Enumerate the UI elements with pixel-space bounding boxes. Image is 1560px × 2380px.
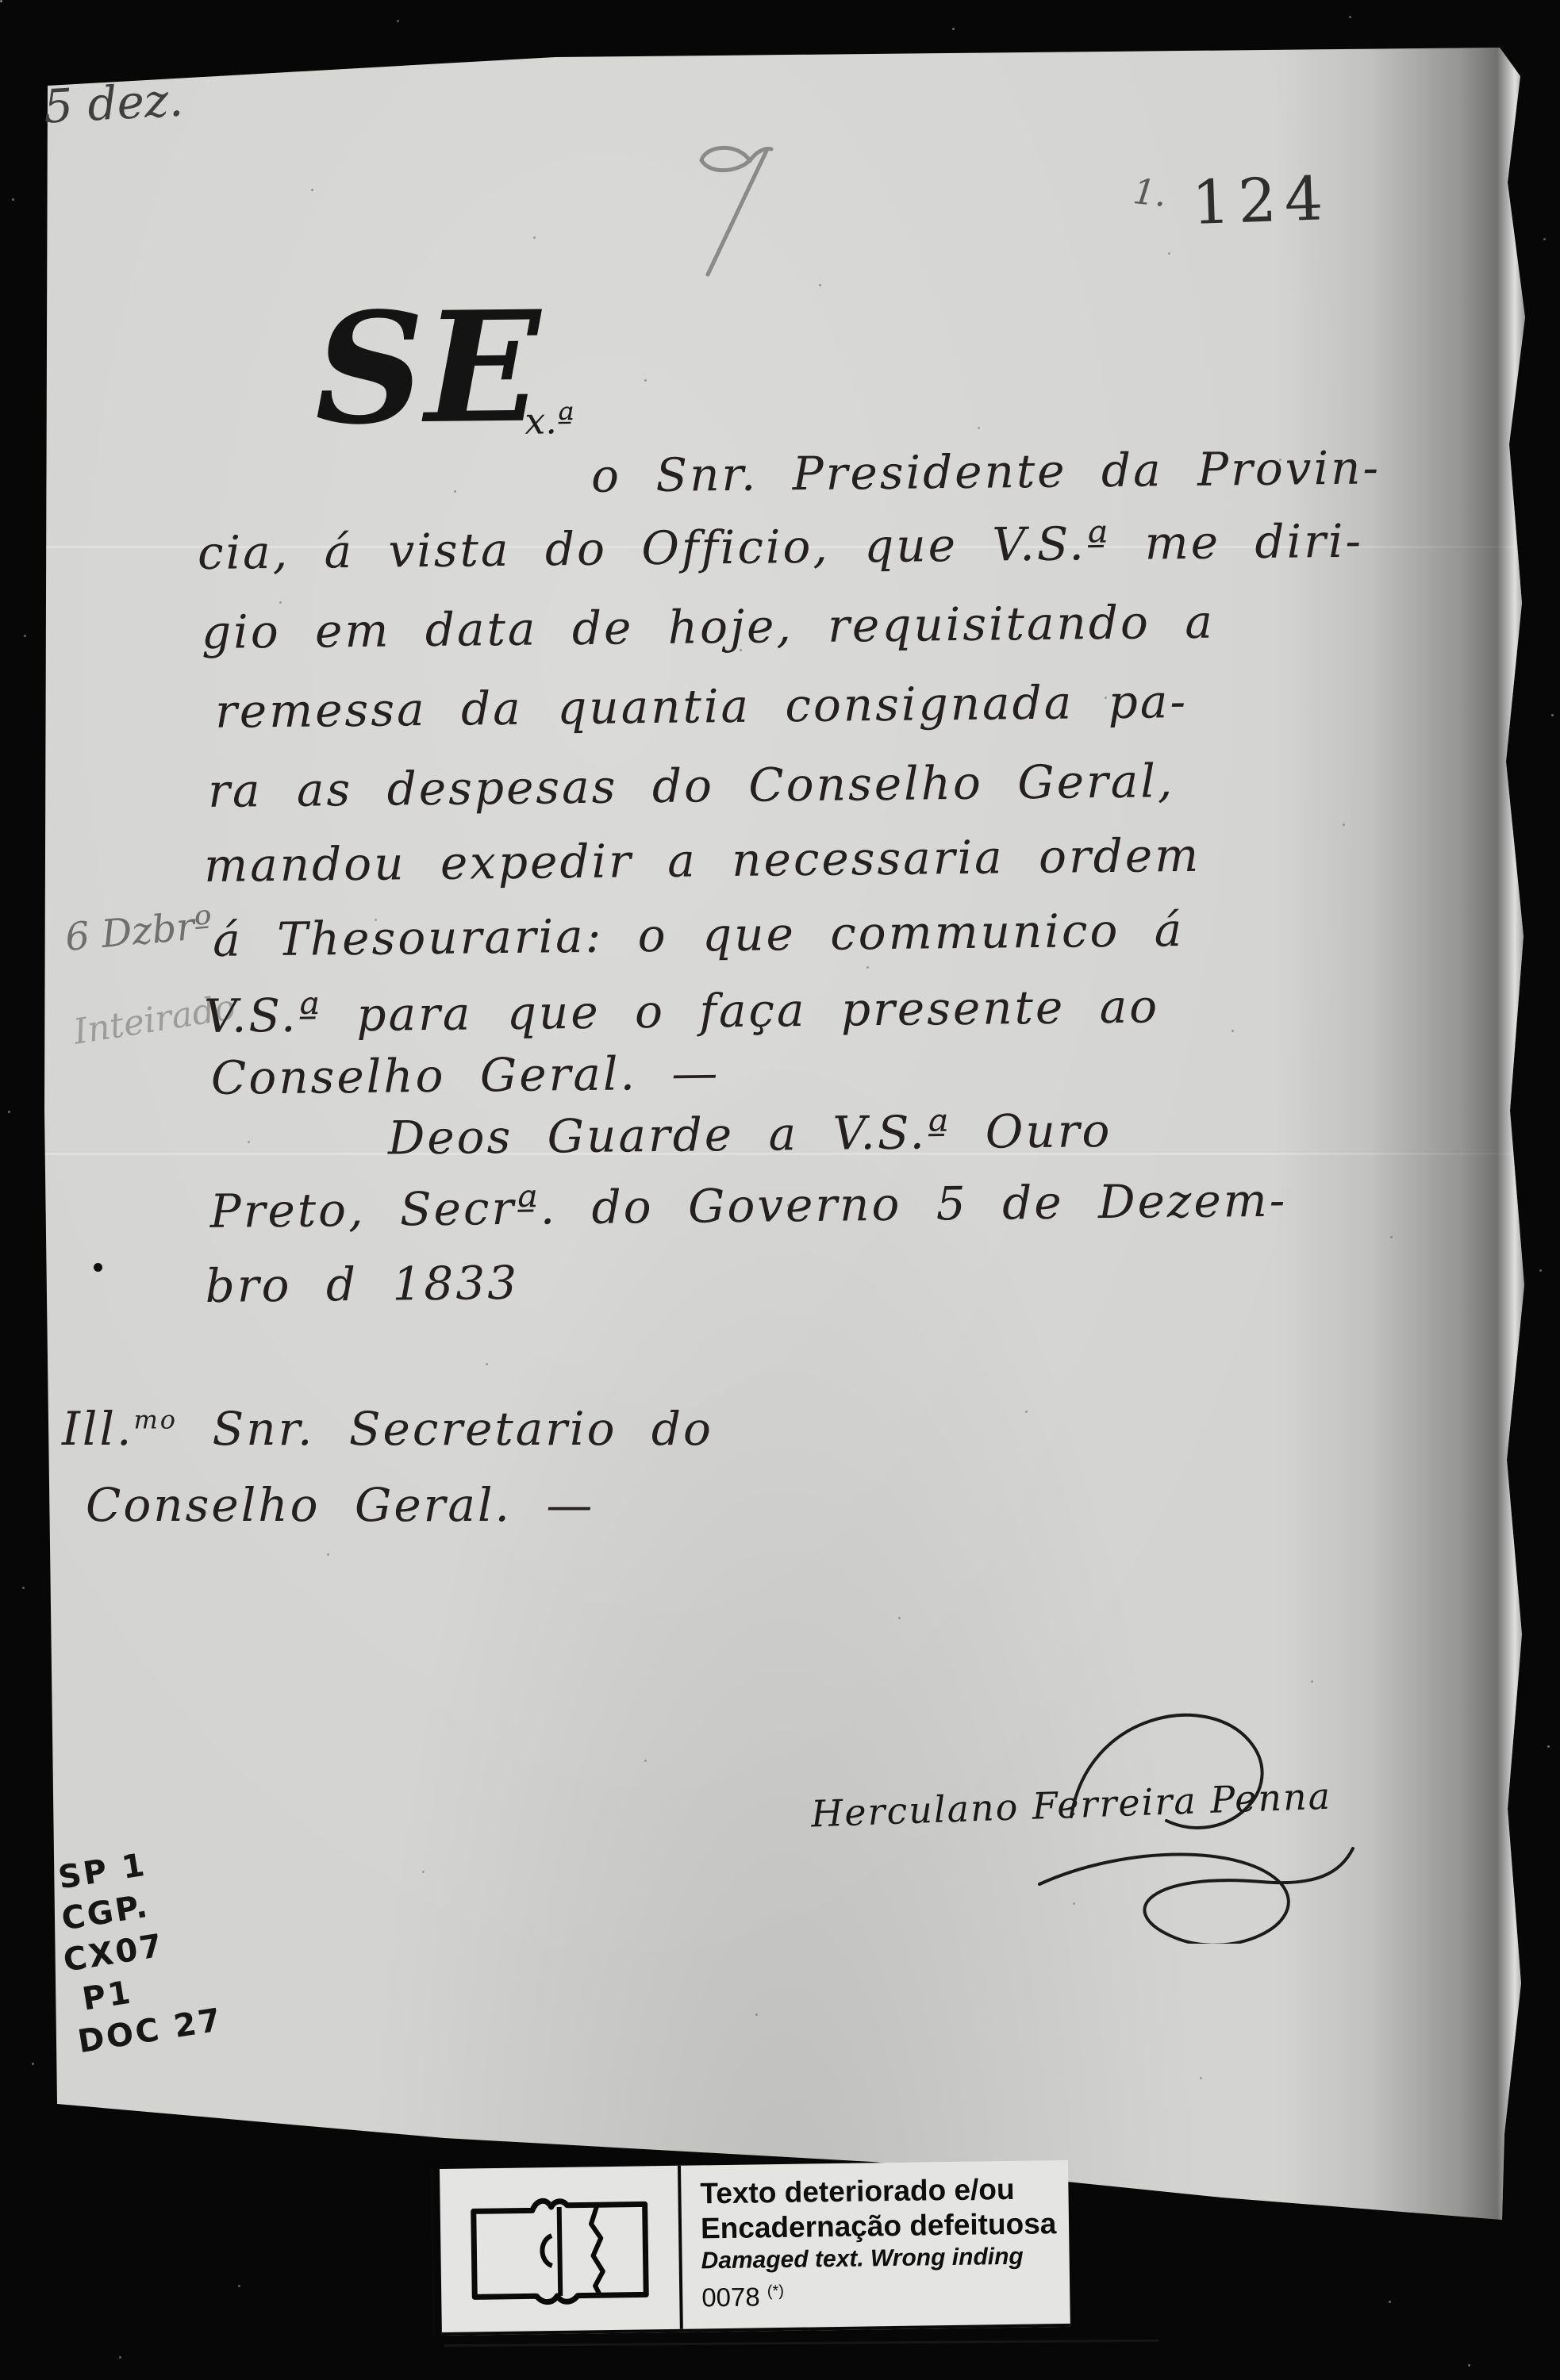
page-number-tick: 1. [1131, 171, 1168, 215]
signature-flourish [1024, 1682, 1500, 1944]
label-pt-line2: Encadernação defeituosa [701, 2206, 1070, 2246]
label-pt-line1: Texto deteriorado e/ou [700, 2171, 1069, 2211]
icon-box [440, 2166, 680, 2332]
pencil-date-note: 5 dez. [42, 72, 184, 133]
archive-reference-stamp: SP 1 CGP. CX07 P1 DOC 27 [46, 1837, 226, 2063]
addressee-superscript: mo [133, 1405, 178, 1435]
page-number: 124 [1191, 163, 1332, 238]
scanned-document: 5 dez. 1. 124 6 Dzbrº Inteirado SE x.ª o… [0, 0, 1560, 2380]
addressee-rest: Snr. Secretario do [178, 1402, 713, 1456]
label-edge-line [444, 2340, 1158, 2347]
condition-caption-label: Texto deteriorado e/ou Encadernação defe… [440, 2160, 1070, 2336]
label-en-line: Damaged text. Wrong inding [701, 2241, 1069, 2276]
damaged-book-icon [463, 2188, 655, 2309]
addressee-prefix: Ill. [62, 1402, 133, 1456]
label-number-note: (*) [767, 2282, 784, 2300]
paper-speckles [41, 46, 44, 48]
addressee-line: Conselho Geral. — [86, 1482, 594, 1528]
background-speckles [0, 0, 2, 2]
addressee-line: Ill.mo Snr. Secretario do [62, 1406, 713, 1452]
label-text: Texto deteriorado e/ou Encadernação defe… [681, 2160, 1070, 2329]
label-number-line: 0078 (*) [701, 2271, 1070, 2313]
pencil-check-mark [674, 125, 841, 284]
ink-dot [94, 1263, 102, 1272]
label-number: 0078 [701, 2282, 760, 2312]
